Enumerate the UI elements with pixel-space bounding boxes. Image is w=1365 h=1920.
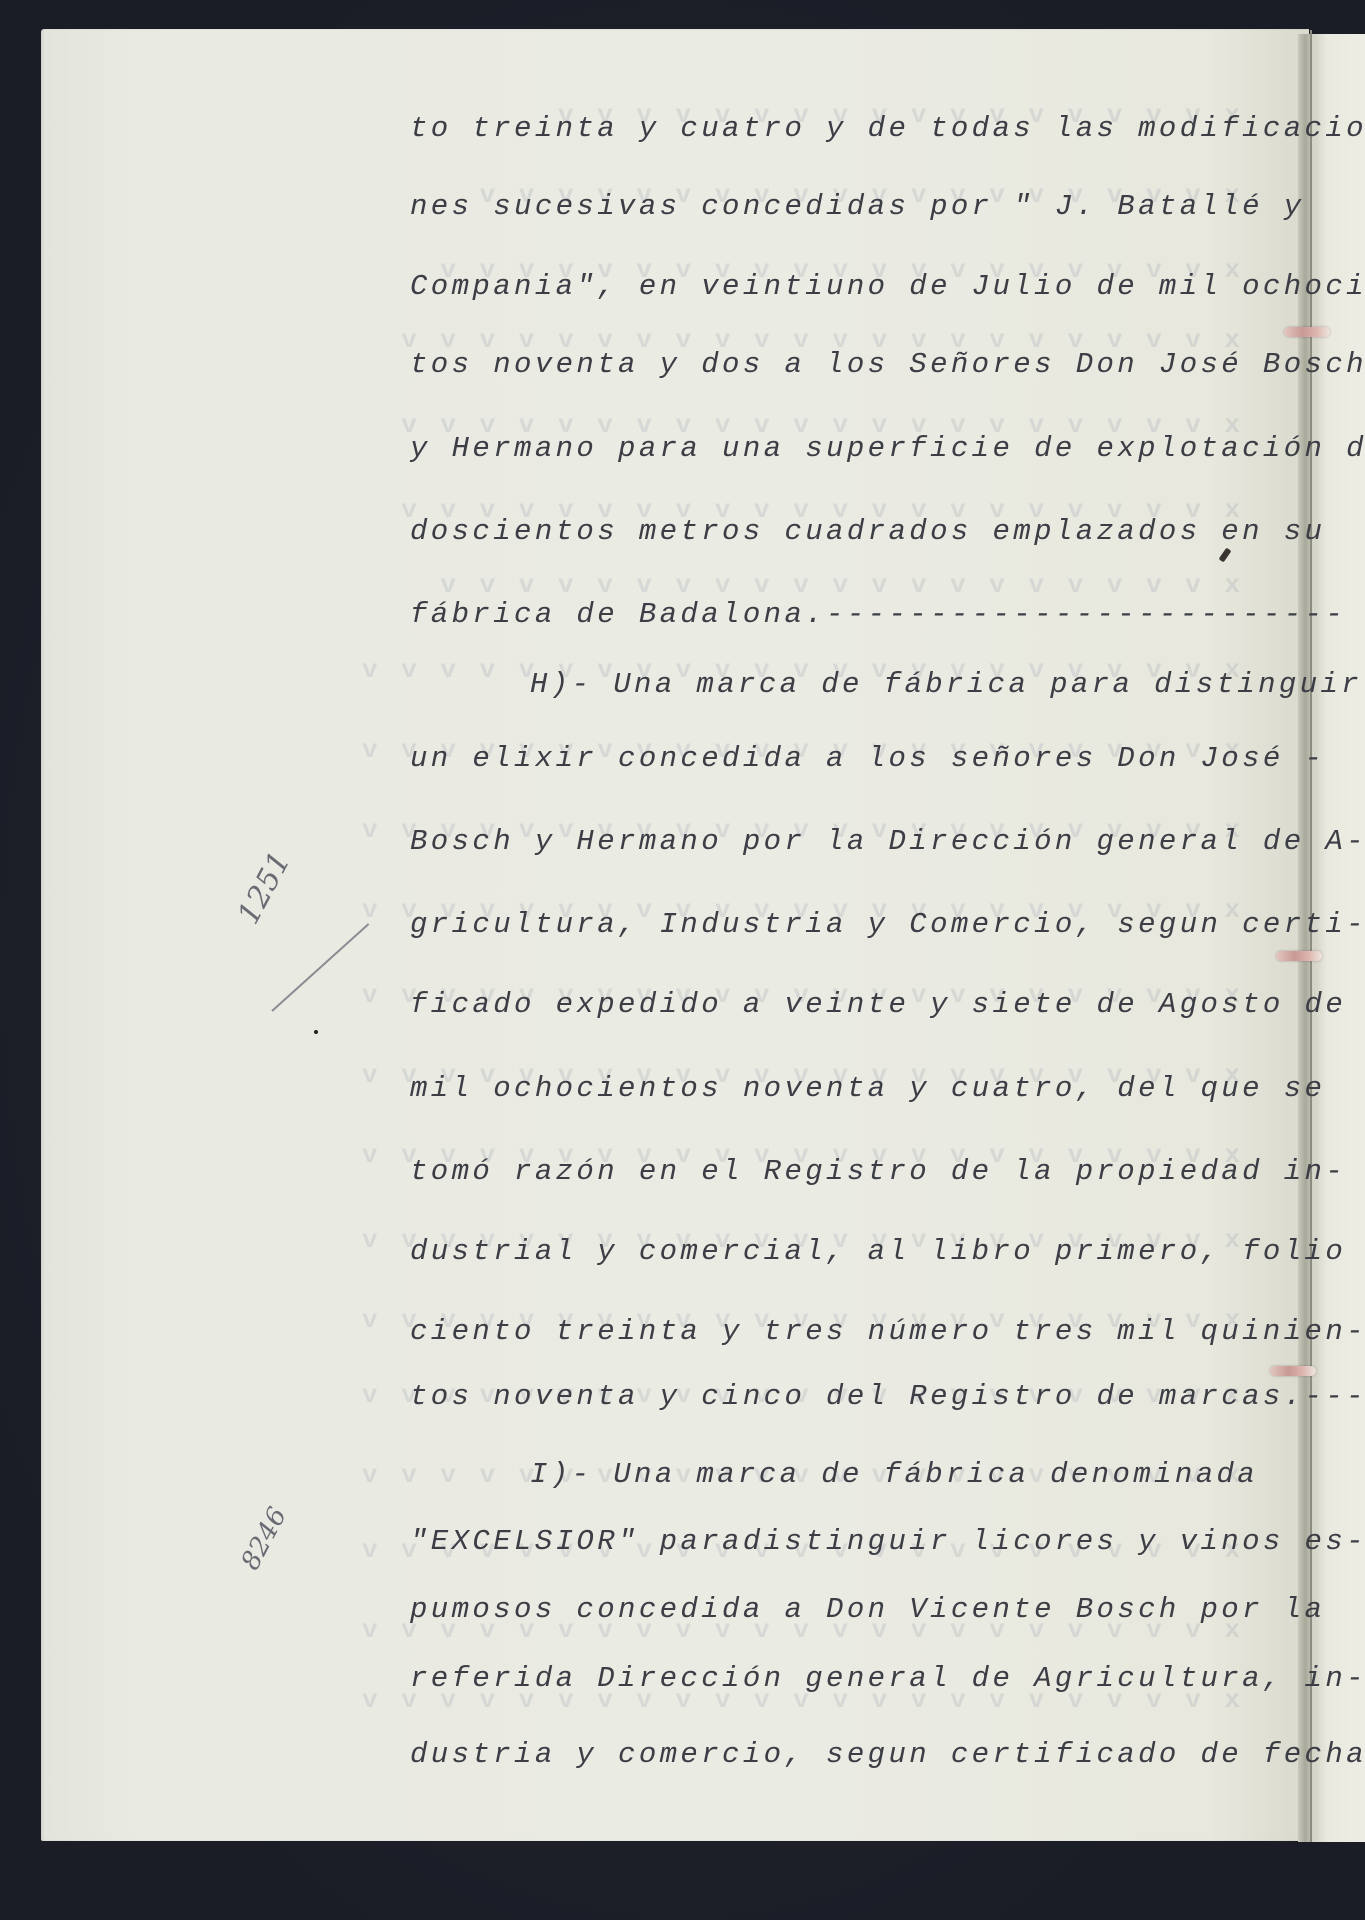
text-line: "EXCELSIOR" paradistinguir licores y vin…: [410, 1525, 1365, 1559]
text-line: Bosch y Hermano por la Dirección general…: [410, 825, 1365, 859]
ink-dot: [314, 1030, 318, 1034]
text-line: ficado expedido a veinte y siete de Agos…: [410, 988, 1346, 1022]
text-line: tos noventa y dos a los Señores Don José…: [410, 348, 1365, 382]
text-line: dustrial y comercial, al libro primero, …: [410, 1235, 1346, 1269]
text-line: un elixir concedida a los señores Don Jo…: [410, 742, 1325, 776]
text-line: mil ochocientos noventa y cuatro, del qu…: [410, 1072, 1325, 1106]
text-line: dustria y comercio, segun certificado de…: [410, 1738, 1365, 1772]
binding-stitch-icon: [1276, 951, 1322, 961]
paragraph-h-start: H)- Una marca de fábrica para distinguir: [530, 668, 1362, 702]
text-line: tos noventa y cinco del Registro de marc…: [410, 1380, 1365, 1414]
text-line: fábrica de Badalona.--------------------…: [410, 598, 1346, 632]
text-line: y Hermano para una superficie de explota…: [410, 432, 1365, 466]
text-line: nes sucesivas concedidas por " J. Batall…: [410, 190, 1305, 224]
text-line: ciento treinta y tres número tres mil qu…: [410, 1315, 1365, 1349]
text-line: to treinta y cuatro y de todas las modif…: [410, 112, 1365, 146]
text-line: referida Dirección general de Agricultur…: [410, 1662, 1365, 1696]
binding-stitch-icon: [1270, 1366, 1316, 1376]
text-line: gricultura, Industria y Comercio, segun …: [410, 908, 1365, 942]
text-line: doscientos metros cuadrados emplazados e…: [410, 515, 1325, 549]
text-line: Compania", en veintiuno de Julio de mil …: [410, 270, 1365, 304]
text-line: pumosos concedida a Don Vicente Bosch po…: [410, 1593, 1325, 1627]
binding-stitch-icon: [1284, 327, 1330, 337]
typewritten-body: to treinta y cuatro y de todas las modif…: [0, 0, 1365, 1920]
paragraph-i-start: I)- Una marca de fábrica denominada: [530, 1458, 1258, 1492]
text-line: tomó razón en el Registro de la propieda…: [410, 1155, 1346, 1189]
